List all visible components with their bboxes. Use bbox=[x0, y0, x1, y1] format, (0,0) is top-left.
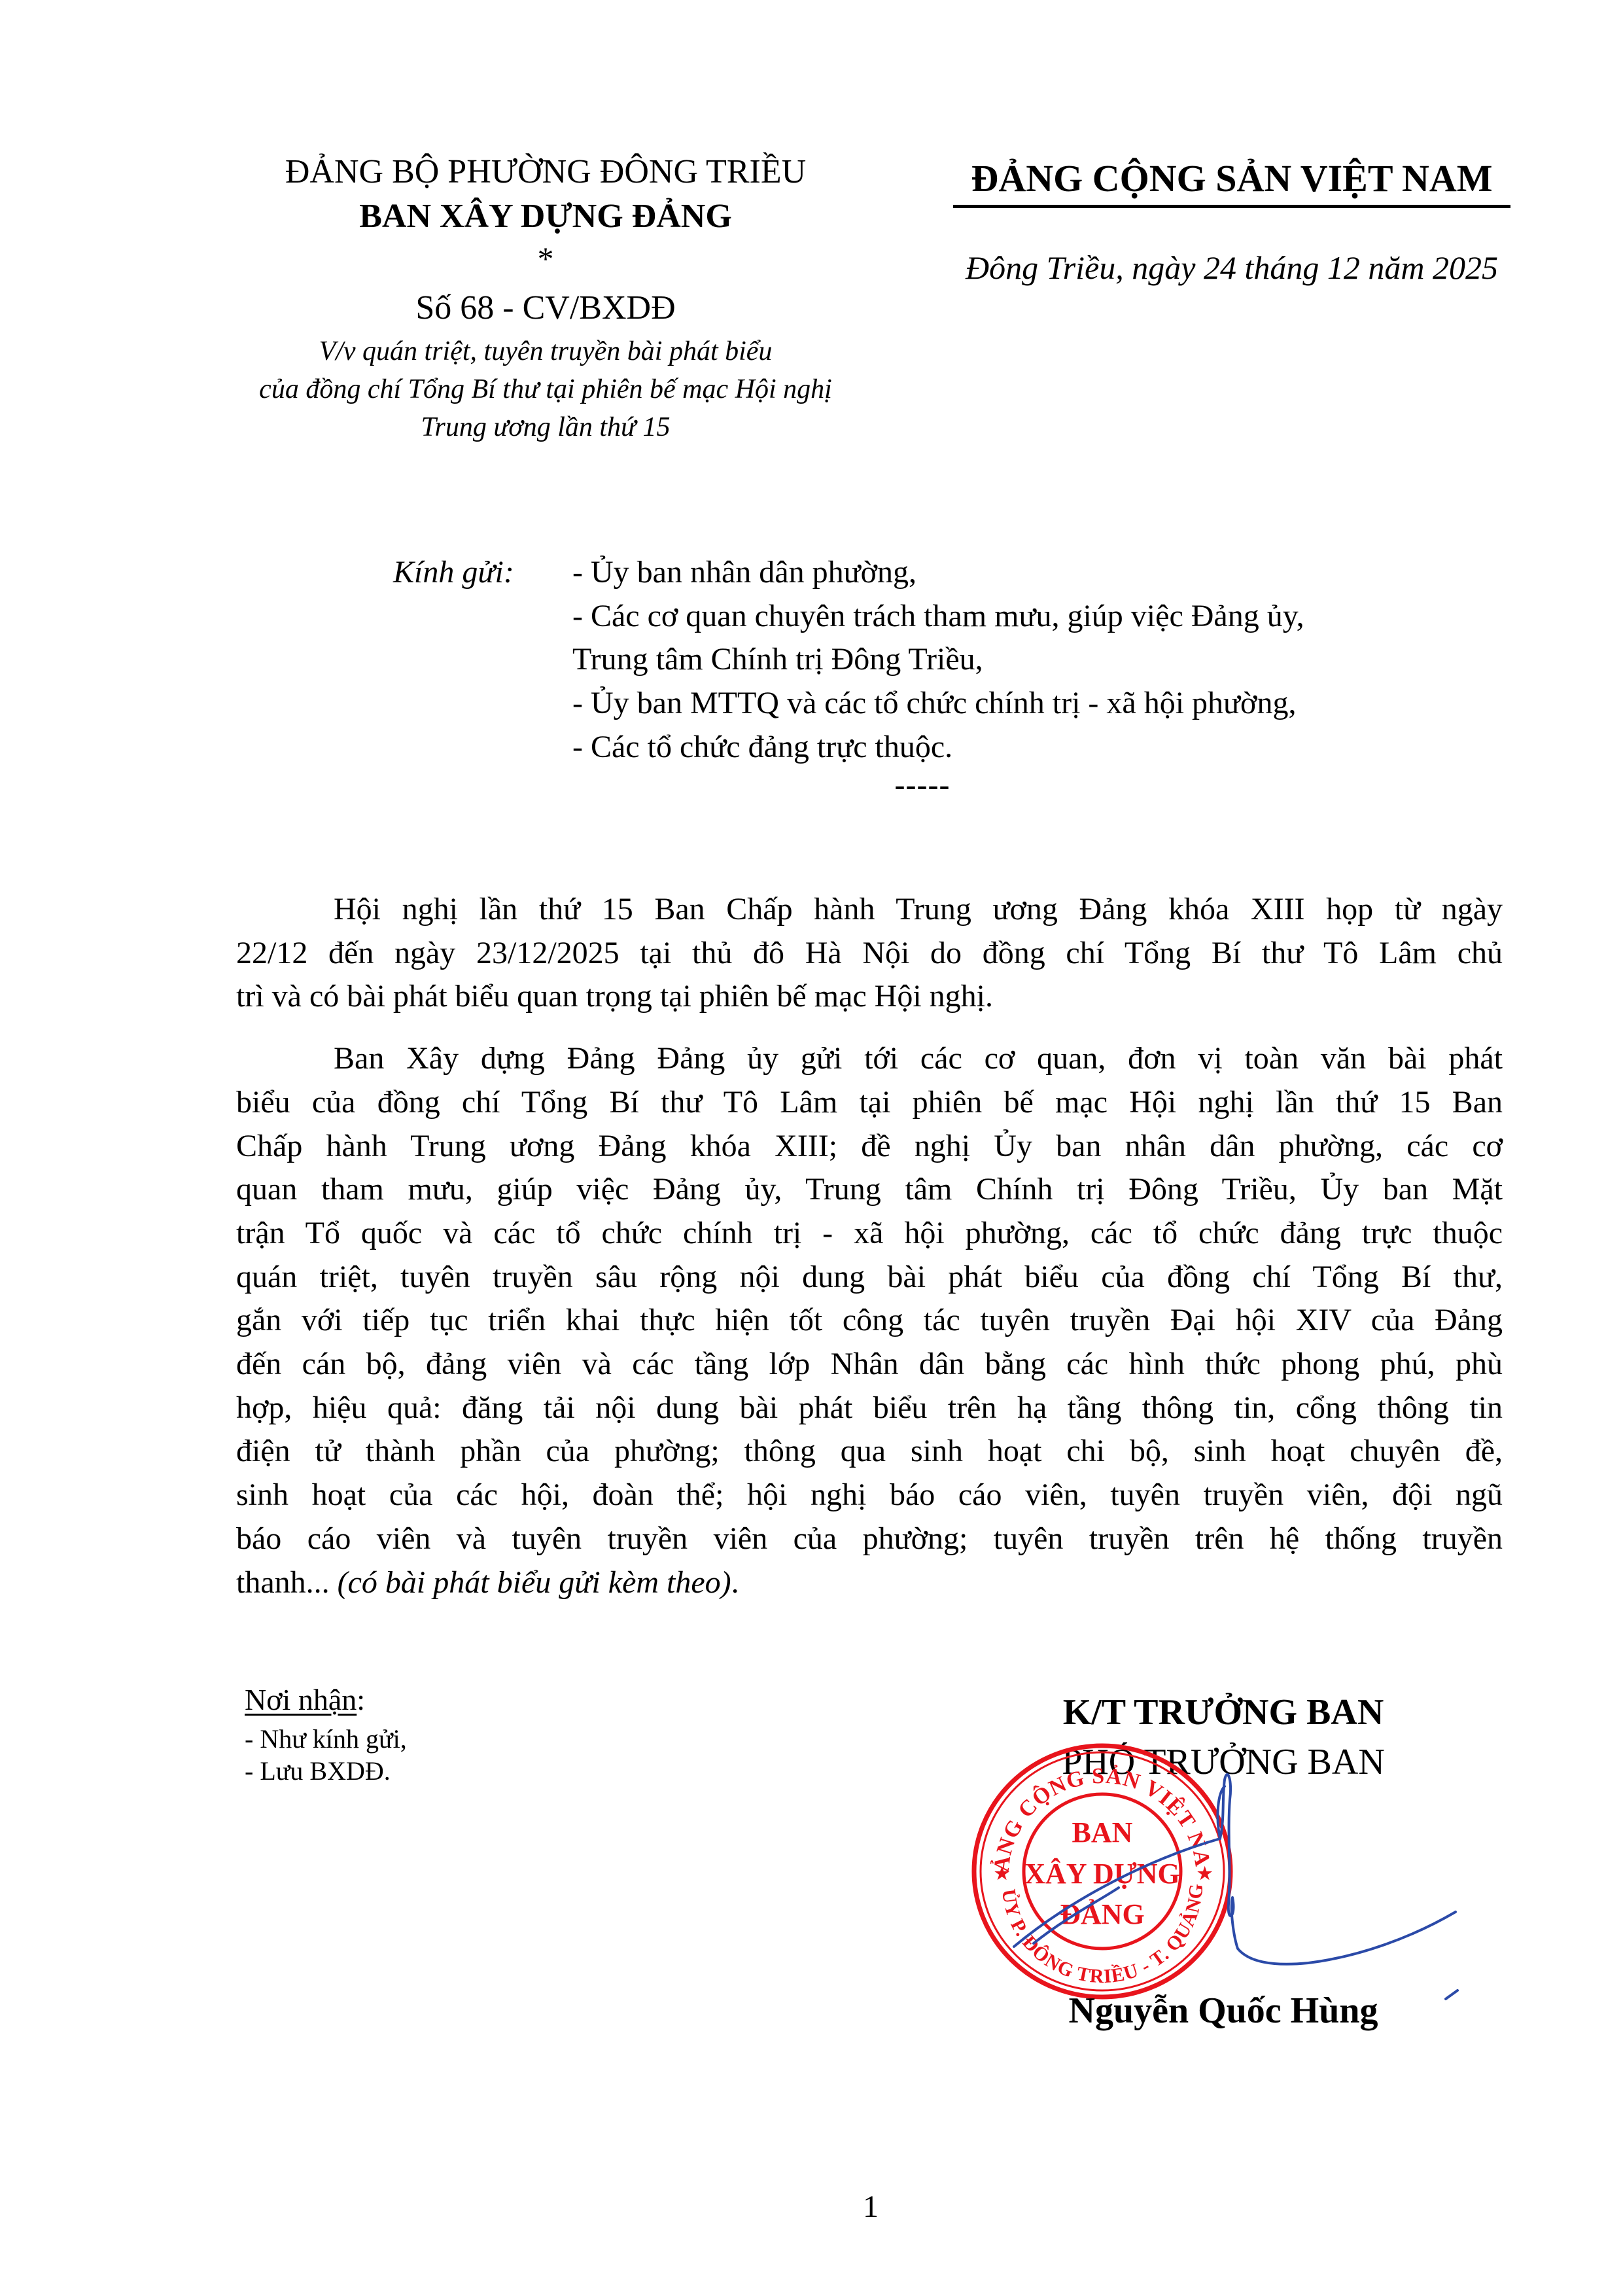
party-name-heading: ĐẢNG CỘNG SẢN VIỆT NAM bbox=[905, 156, 1559, 202]
body-line: báo cáo viên và tuyên truyền viên của ph… bbox=[236, 1517, 1503, 1561]
issuing-organization: ĐẢNG BỘ PHƯỜNG ĐÔNG TRIỀU bbox=[218, 152, 873, 192]
signing-authority: K/T TRƯỞNG BAN bbox=[1027, 1691, 1420, 1734]
body-line: gắn với tiếp tục triển khai thực hiện tố… bbox=[236, 1299, 1503, 1343]
copy-recipient-item: - Như kính gửi, bbox=[245, 1723, 407, 1755]
copy-recipients-title: Nơi nhận: bbox=[245, 1682, 365, 1718]
body-line: trận Tổ quốc và các tổ chức chính trị - … bbox=[236, 1212, 1503, 1256]
recipient-item: - Ủy ban MTTQ và các tổ chức chính trị -… bbox=[572, 682, 1304, 726]
copy-recipients-label: Nơi nhận bbox=[245, 1683, 357, 1716]
body-line: biểu của đồng chí Tổng Bí thư Tô Lâm tại… bbox=[236, 1081, 1503, 1125]
document-body: Hội nghị lần thứ 15 Ban Chấp hành Trung … bbox=[236, 888, 1503, 1623]
body-line: Hội nghị lần thứ 15 Ban Chấp hành Trung … bbox=[236, 888, 1503, 932]
attachment-note: (có bài phát biểu gửi kèm theo) bbox=[338, 1565, 731, 1600]
subject-line: của đồng chí Tổng Bí thư tại phiên bế mạ… bbox=[218, 370, 873, 408]
recipient-item: Trung tâm Chính trị Đông Triều, bbox=[572, 638, 1304, 682]
subject-line: V/v quán triệt, tuyên truyền bài phát bi… bbox=[218, 332, 873, 370]
body-line: điện tử thành phần của phường; thông qua… bbox=[236, 1430, 1503, 1474]
body-line: Ban Xây dựng Đảng Đảng ủy gửi tới các cơ… bbox=[236, 1037, 1503, 1081]
header-separator: * bbox=[218, 242, 873, 275]
body-line: hợp, hiệu quả: đăng tải nội dung bài phá… bbox=[236, 1386, 1503, 1430]
place-and-date: Đông Triều, ngày 24 tháng 12 năm 2025 bbox=[905, 247, 1559, 288]
handwritten-signature bbox=[968, 1740, 1492, 2015]
body-line-closing: thanh... (có bài phát biểu gửi kèm theo)… bbox=[236, 1561, 1503, 1605]
document-subject: V/v quán triệt, tuyên truyền bài phát bi… bbox=[218, 332, 873, 446]
body-line: 22/12 đến ngày 23/12/2025 tại thủ đô Hà … bbox=[236, 932, 1503, 976]
recipient-item: - Các tổ chức đảng trực thuộc. bbox=[572, 726, 1304, 769]
body-paragraph: Hội nghị lần thứ 15 Ban Chấp hành Trung … bbox=[236, 888, 1503, 1019]
copy-recipient-item: - Lưu BXDĐ. bbox=[245, 1755, 407, 1787]
body-line: Chấp hành Trung ương Đảng khóa XIII; đề … bbox=[236, 1125, 1503, 1169]
copy-recipients-list: - Như kính gửi, - Lưu BXDĐ. bbox=[245, 1723, 407, 1787]
body-line: trì và có bài phát biểu quan trọng tại p… bbox=[236, 975, 1503, 1019]
recipient-item: - Ủy ban nhân dân phường, bbox=[572, 551, 1304, 595]
page-number: 1 bbox=[805, 2189, 936, 2225]
subject-line: Trung ương lần thứ 15 bbox=[218, 408, 873, 446]
body-line: sinh hoạt của các hội, đoàn thể; hội ngh… bbox=[236, 1474, 1503, 1517]
section-separator: ----- bbox=[857, 772, 988, 798]
body-line: đến cán bộ, đảng viên và các tầng lớp Nh… bbox=[236, 1343, 1503, 1386]
closing-period: . bbox=[731, 1565, 739, 1600]
recipients-label: Kính gửi: bbox=[393, 551, 514, 595]
body-line: quan tham mưu, giúp việc Đảng ủy, Trung … bbox=[236, 1168, 1503, 1212]
issuing-department: BAN XÂY DỰNG ĐẢNG bbox=[218, 196, 873, 237]
recipient-item: - Các cơ quan chuyên trách tham mưu, giú… bbox=[572, 595, 1304, 639]
copy-recipients-colon: : bbox=[357, 1683, 365, 1716]
signer-name: Nguyễn Quốc Hùng bbox=[1027, 1989, 1420, 2032]
document-number: Số 68 - CV/BXDĐ bbox=[218, 288, 873, 328]
body-paragraph: Ban Xây dựng Đảng Đảng ủy gửi tới các cơ… bbox=[236, 1037, 1503, 1604]
recipients-list: - Ủy ban nhân dân phường, - Các cơ quan … bbox=[572, 551, 1304, 769]
heading-underline bbox=[953, 205, 1510, 208]
body-line: quán triệt, tuyên truyền sâu rộng nội du… bbox=[236, 1256, 1503, 1299]
closing-text: thanh... bbox=[236, 1565, 338, 1600]
